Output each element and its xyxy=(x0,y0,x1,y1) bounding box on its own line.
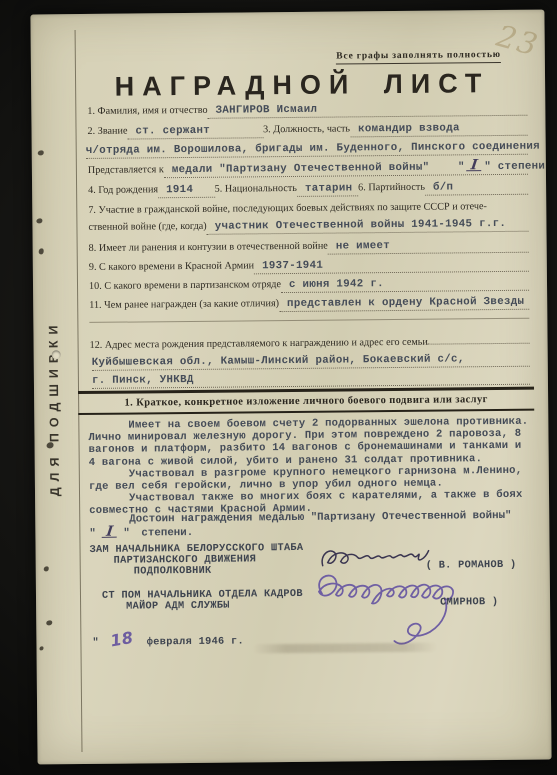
field-address-value2-row: г. Пинск, УНКВД xyxy=(92,371,530,389)
field-party-value: б/п xyxy=(425,181,528,196)
field-position-value: командир взвода xyxy=(350,122,528,138)
field-wounds-label: 8. Имеет ли ранения и контузии в отечест… xyxy=(89,241,328,254)
faint-stamp-smudge xyxy=(252,643,437,654)
field-war-participation-label-row: 7. Участие в гражданской войне, последую… xyxy=(88,201,528,216)
handwritten-conclusion-degree: I xyxy=(102,527,118,538)
field-unit-row: ч/отряда им. Ворошилова, бригады им. Буд… xyxy=(86,141,528,159)
degree-close-quote: " xyxy=(484,161,491,173)
merit-section-heading: 1. Краткое, конкретное изложение личного… xyxy=(78,394,534,409)
scan-background: ДЛЯ ПОДШИВКИ Все графы заполнять полност… xyxy=(0,0,557,775)
section-divider-bottom xyxy=(78,409,534,415)
date-open-quote: " xyxy=(92,637,99,649)
signatory1-name: ( В. РОМАНОВ ) xyxy=(426,559,517,572)
scan-speck xyxy=(36,218,42,223)
degree-word: степени xyxy=(498,161,546,173)
field-red-army-value: 1937-1941 xyxy=(254,258,529,275)
field-name-row: 1. Фамилия, имя и отчество ЗАНГИРОВ Исма… xyxy=(87,102,527,120)
date-rest: февраля 1946 г. xyxy=(147,635,244,648)
conclusion-close-quote: " xyxy=(123,528,130,540)
field-prior-awards-value: представлен к ордену Красной Звезды xyxy=(279,296,529,312)
blank-continuation-line xyxy=(89,318,529,323)
field-rank-position-row: 2. Звание ст. сержант 3. Должность, част… xyxy=(87,122,527,140)
fill-all-fields-note: Все графы заполнять полностью xyxy=(336,50,501,65)
conclusion-degree-word: степени. xyxy=(141,527,193,539)
scan-speck xyxy=(44,566,49,571)
field-unit-value: ч/отряда им. Ворошилова, бригады им. Буд… xyxy=(86,141,528,159)
scan-speck xyxy=(46,620,52,625)
field-address-label-filler xyxy=(428,342,530,345)
field-prior-awards-label: 11. Чем ранее награжден (за какие отличи… xyxy=(89,298,279,311)
merit-narrative: Имеет на своем боевом счету 2 подорванны… xyxy=(88,416,529,518)
field-address-value-line2: г. Пинск, УНКВД xyxy=(92,371,530,389)
degree-open-quote: " xyxy=(458,161,465,173)
field-partisan-row: 10. С какого времени в партизанском отря… xyxy=(89,277,529,295)
field-war-participation-value: участник Отечественной войны 1941-1945 г… xyxy=(207,218,529,235)
field-address-value1-row: Куйбышевская обл., Камыш-Линский район, … xyxy=(92,353,530,371)
punch-hole xyxy=(52,350,61,359)
field-rank-label: 2. Звание xyxy=(87,126,127,137)
scan-speck xyxy=(39,646,43,650)
field-birthyear-value: 1914 xyxy=(158,184,215,199)
field-war-participation-label-line2: ственной войне (где, когда) xyxy=(88,221,206,233)
field-address-value-line1: Куйбышевская обл., Камыш-Линский район, … xyxy=(92,353,530,371)
field-nationality-label: 5. Национальность xyxy=(215,183,297,195)
field-prior-awards-row: 11. Чем ранее награжден (за какие отличи… xyxy=(89,296,529,314)
field-rank-value: ст. сержант xyxy=(127,124,263,139)
field-position-label: 3. Должность, часть xyxy=(263,123,350,135)
field-birth-nationality-party-row: 4. Год рождения 1914 5. Национальность т… xyxy=(88,181,528,199)
field-wounds-row: 8. Имеет ли ранения и контузии в отечест… xyxy=(89,239,529,257)
conclusion-open-quote: " xyxy=(89,528,96,540)
field-party-label: 6. Партийность xyxy=(358,182,425,194)
scan-speck xyxy=(38,150,44,155)
field-war-participation-label-line1: 7. Участие в гражданской войне, последую… xyxy=(88,201,487,216)
handwritten-day: 18 xyxy=(109,628,135,651)
field-presented-label: Представляется к xyxy=(88,164,164,176)
field-war-participation-value-row: ственной войне (где, когда) участник Оте… xyxy=(88,218,528,236)
signatory1-title-line3: ПОДПОЛКОВНИК xyxy=(134,565,212,578)
field-presented-fill: медали "Партизану Отечественной войны" "… xyxy=(164,160,528,178)
field-partisan-value: с июня 1942 г. xyxy=(281,277,529,293)
field-name-value: ЗАНГИРОВ Исмаил xyxy=(208,102,528,119)
field-red-army-label: 9. С какого времени в Красной Армии xyxy=(89,260,254,273)
signatory2-name: СМИРНОВ ) xyxy=(440,596,498,609)
field-address-label-row: 12. Адрес места рождения представляемого… xyxy=(90,336,530,351)
scan-speck xyxy=(39,248,44,254)
document-title: НАГРАДНОЙ ЛИСТ xyxy=(75,68,529,103)
signature-romanov xyxy=(318,544,433,575)
date-line: " 18 февраля 1946 г. xyxy=(92,628,244,648)
field-name-label: 1. Фамилия, имя и отчество xyxy=(87,105,207,117)
field-presented-value: медали "Партизану Отечественной войны" xyxy=(172,162,430,176)
field-partisan-label: 10. С какого времени в партизанском отря… xyxy=(89,279,281,292)
field-wounds-value: не имеет xyxy=(328,239,529,255)
spine-vertical-label: ДЛЯ ПОДШИВКИ xyxy=(41,282,67,534)
field-birthyear-label: 4. Год рождения xyxy=(88,184,158,196)
signatory2-title-line2: МАЙОР АДМ СЛУЖБЫ xyxy=(126,600,230,613)
handwritten-degree-numeral: I xyxy=(467,160,483,171)
field-red-army-row: 9. С какого времени в Красной Армии 1937… xyxy=(89,258,529,276)
award-sheet-document: ДЛЯ ПОДШИВКИ Все графы заполнять полност… xyxy=(30,10,551,765)
merit-paragraph-1: Имеет на своем боевом счету 2 подорванны… xyxy=(88,416,528,469)
field-presented-row: Представляется к медали "Партизану Отече… xyxy=(88,160,528,179)
field-address-label: 12. Адрес места рождения представляемого… xyxy=(90,337,428,351)
field-nationality-value: татарин xyxy=(297,182,358,197)
